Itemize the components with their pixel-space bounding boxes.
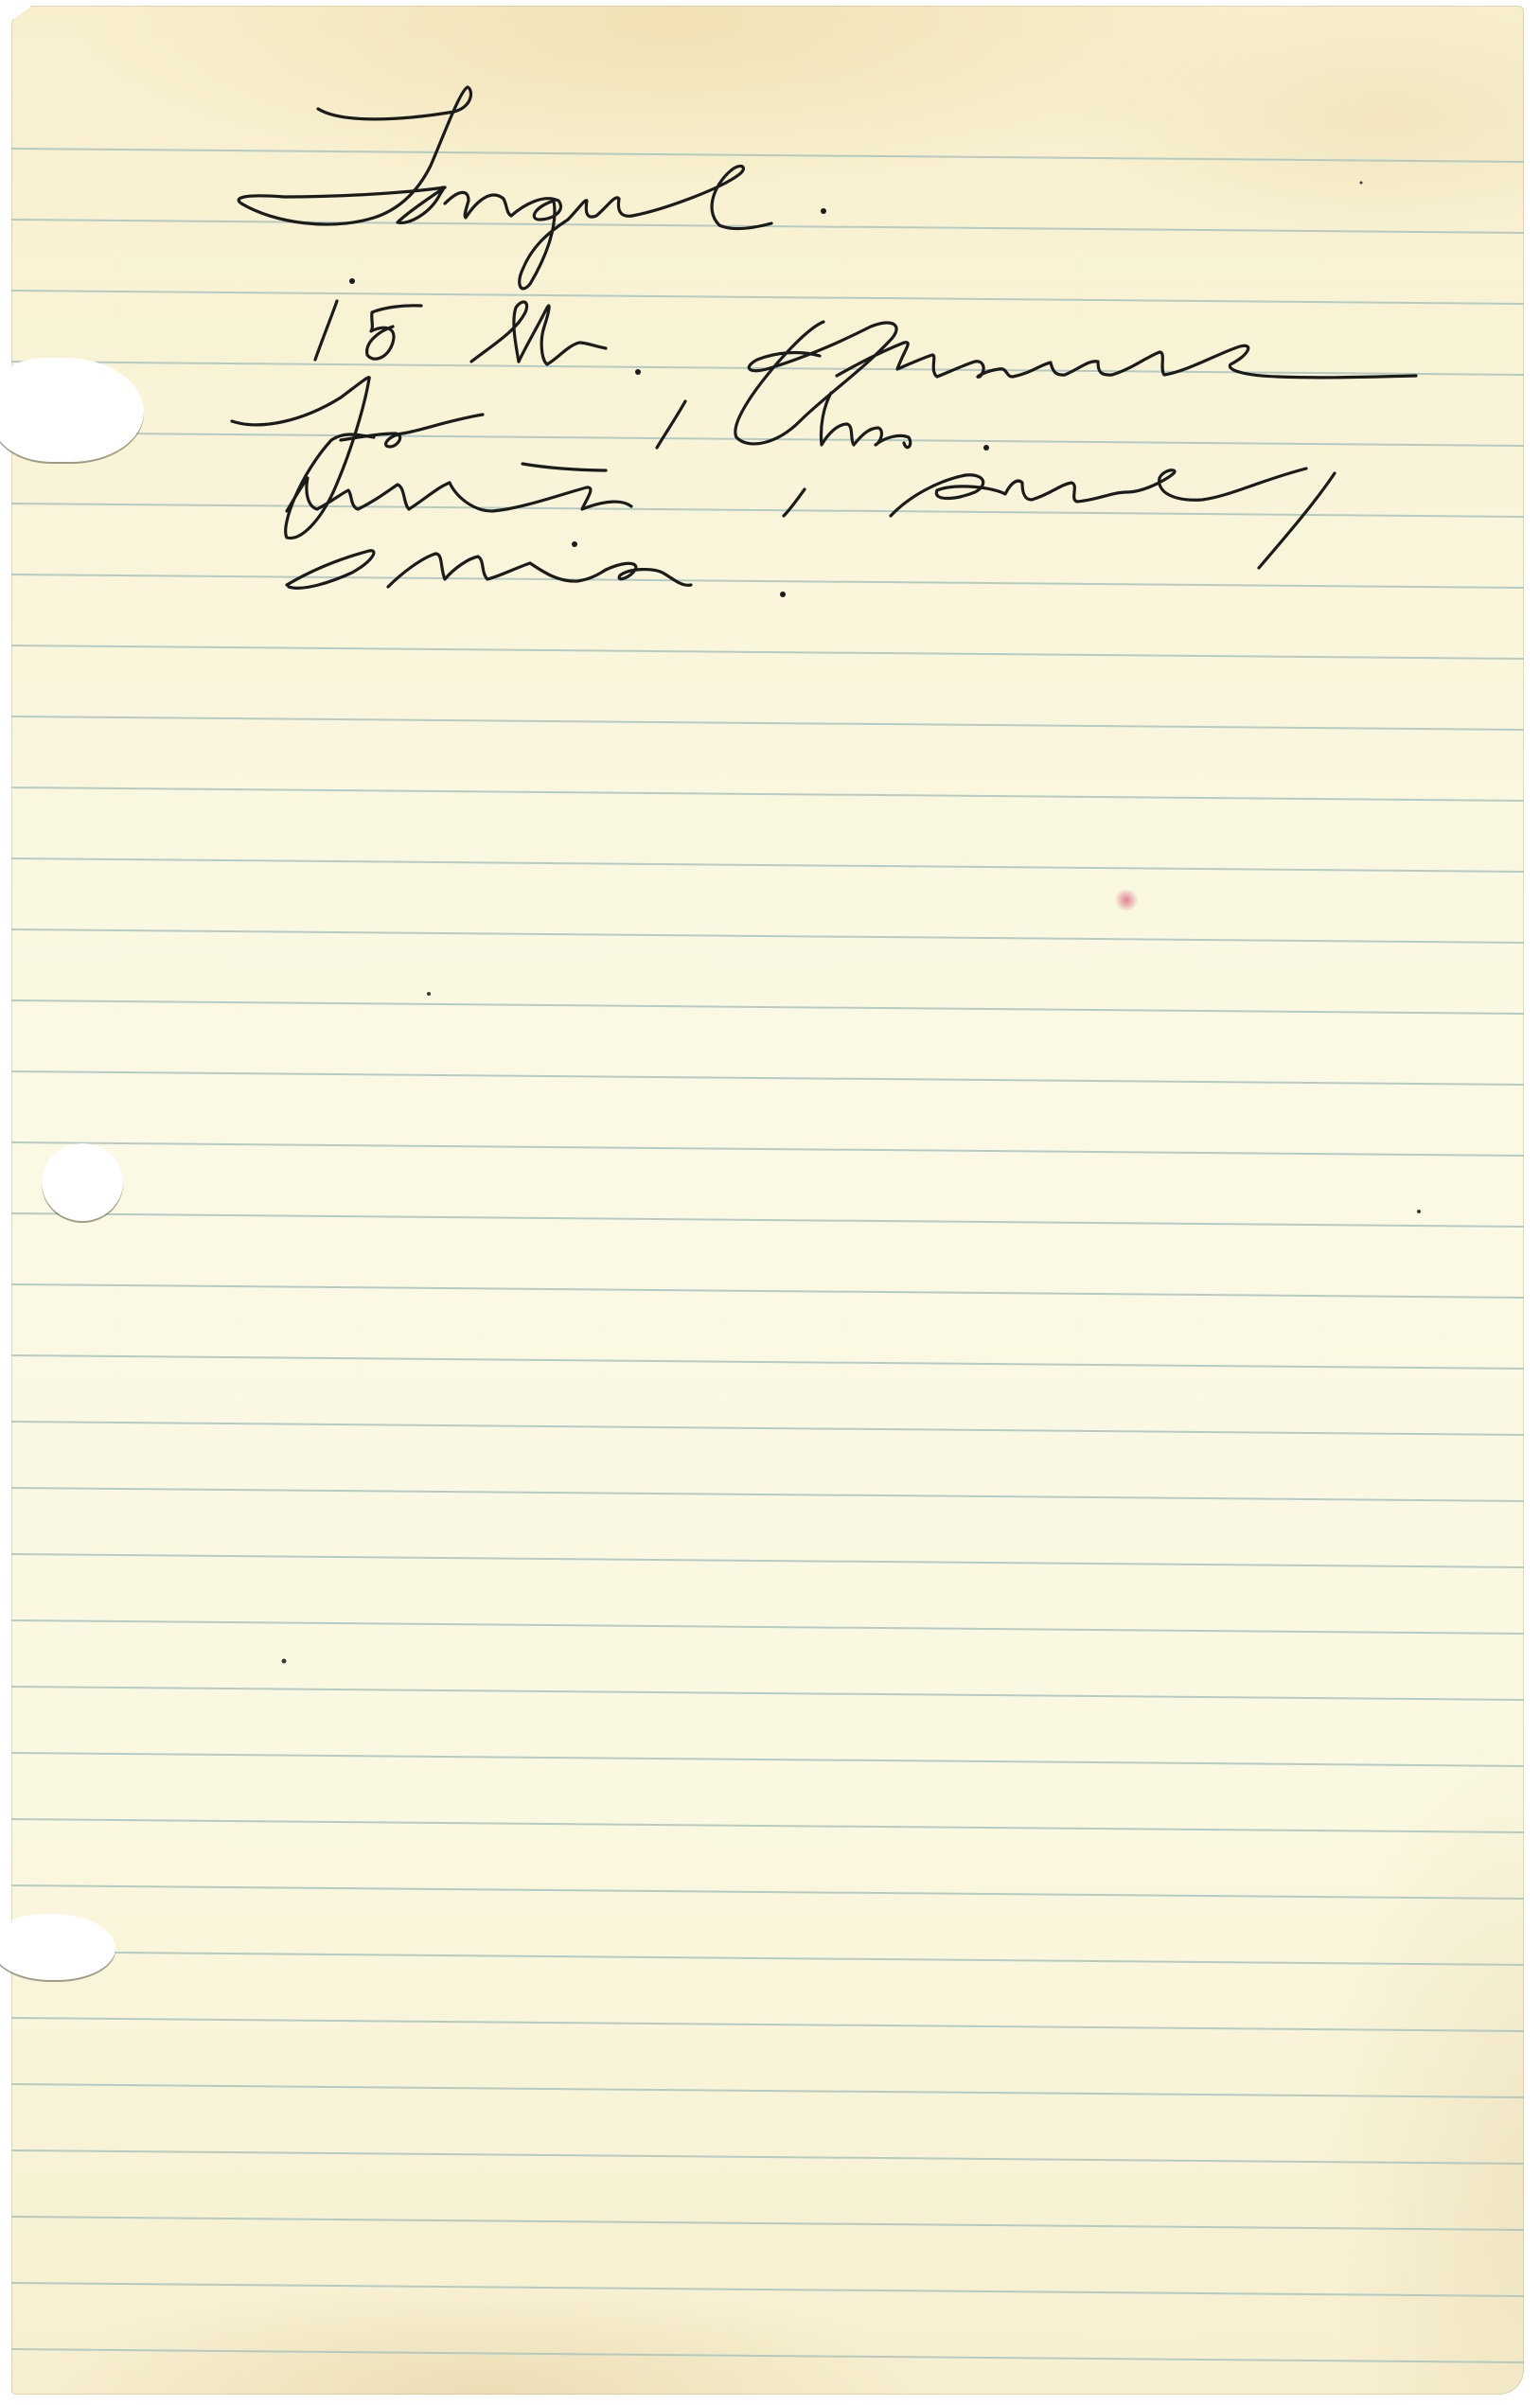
handwriting-line-15lb-pressure <box>315 278 1416 444</box>
handwriting <box>0 0 1540 2405</box>
handwriting-line-turns-1-small <box>287 464 1335 568</box>
handwriting-line-mins <box>287 541 786 597</box>
handwriting-line-for-1-hr <box>232 378 989 539</box>
period-dot <box>821 208 826 214</box>
stray-marks <box>282 182 1422 1664</box>
handwriting-line-tongue <box>239 87 771 289</box>
